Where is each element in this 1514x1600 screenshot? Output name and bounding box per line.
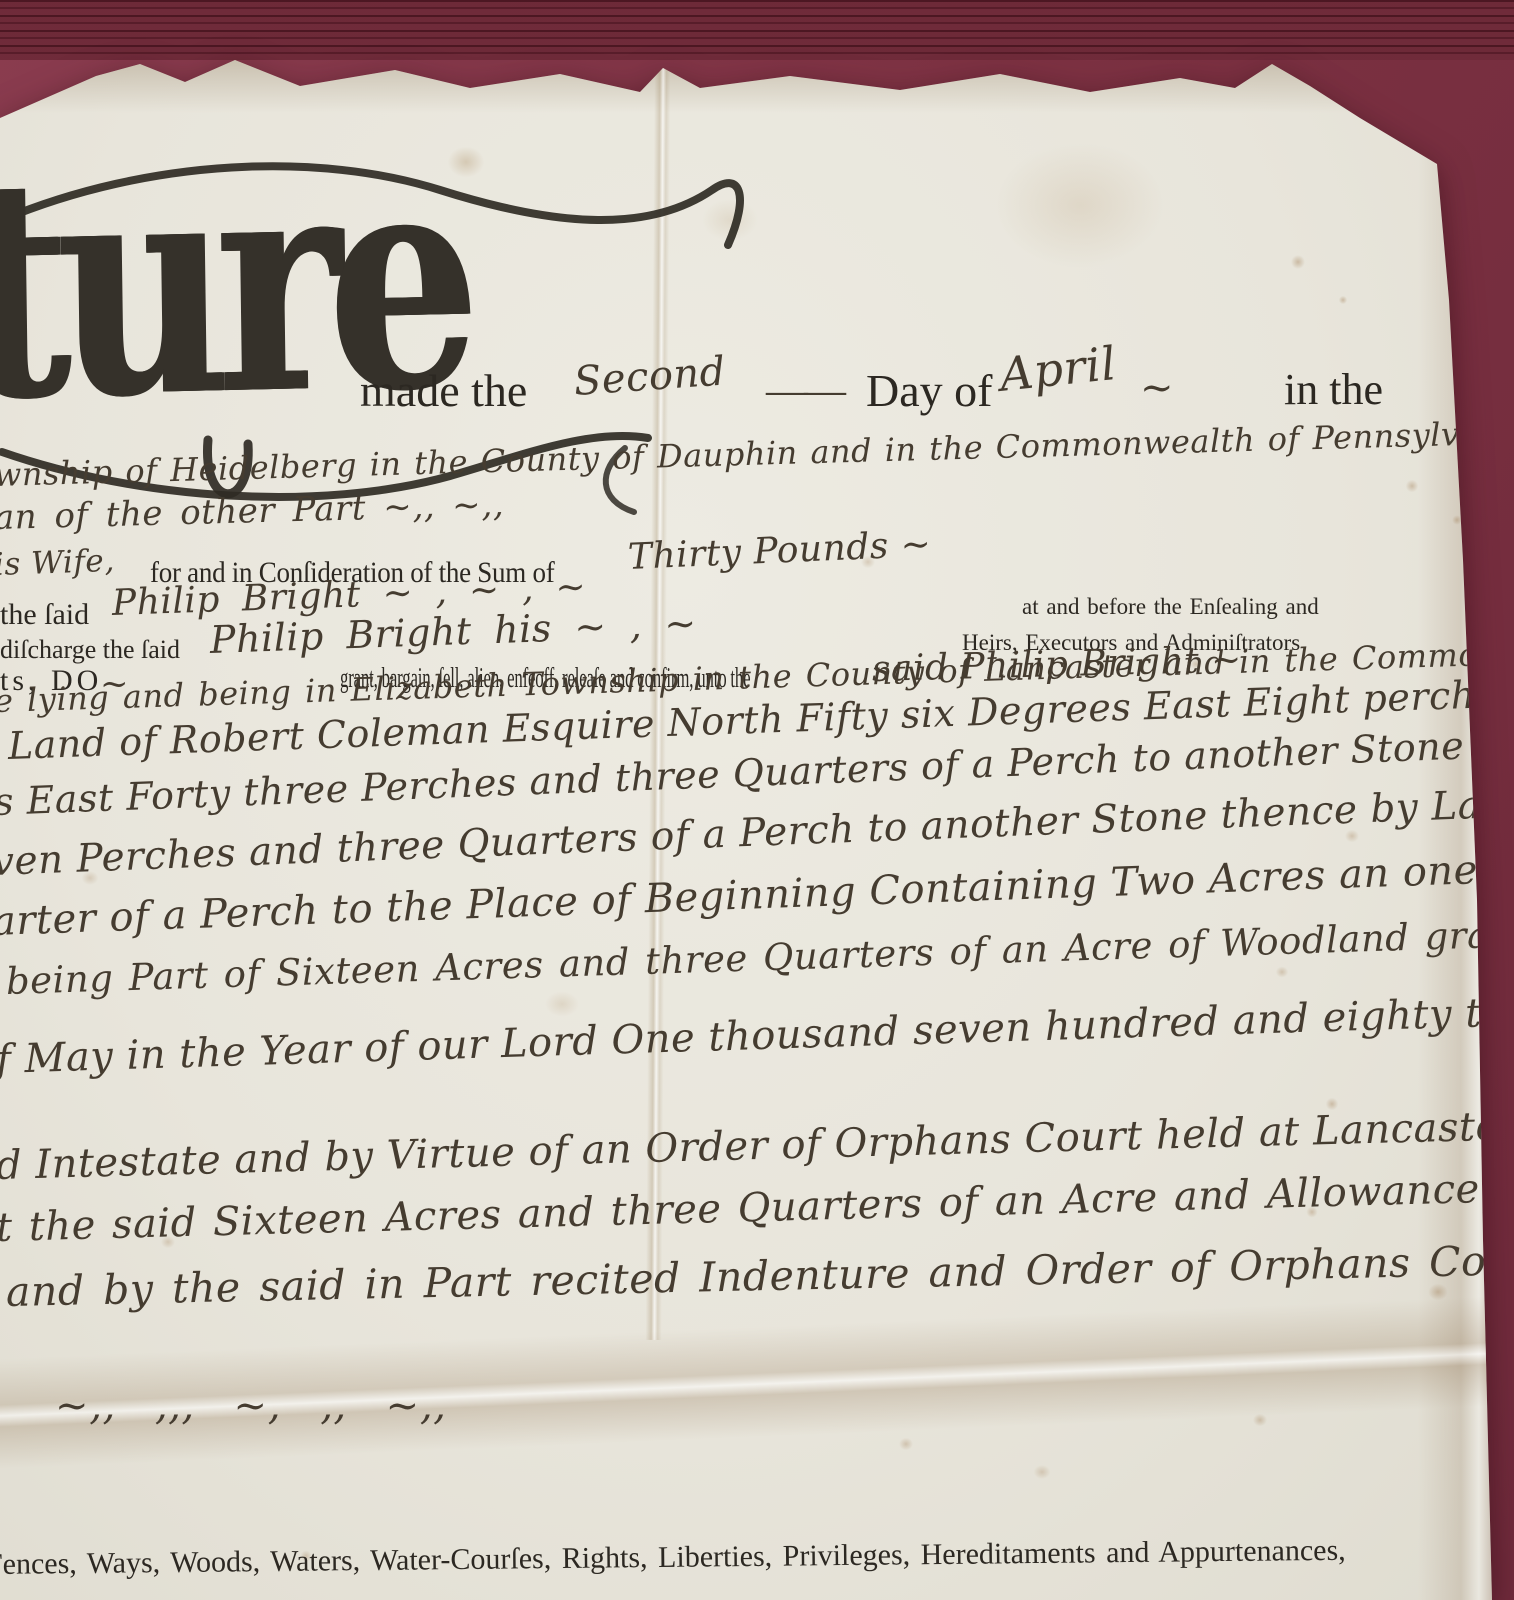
handwritten-month-april: April	[997, 338, 1118, 401]
printed-discharge-the-said: diſcharge the ſaid	[0, 636, 180, 665]
deed-paper: ture made the Second —— Day of April ~ i…	[0, 0, 1514, 1600]
handwritten-dash: ——	[766, 368, 842, 414]
script-flourish-row: ~‚‚ ‚‚‚ ~‚ ‚‚ ~‚‚	[55, 1384, 446, 1428]
printed-made-the: made the	[360, 366, 527, 417]
handwritten-day-second: Second	[572, 349, 727, 403]
deed-paper-wrapper: ture made the Second —— Day of April ~ i…	[0, 0, 1514, 1600]
printed-the-said: the ſaid	[0, 598, 89, 631]
flourish-after-april: ~	[1140, 366, 1174, 410]
script-his-wife: is Wife‚	[0, 544, 115, 582]
printed-day-of: Day of	[866, 366, 992, 417]
printed-ensealing: at and before the Enſealing and	[1022, 594, 1319, 619]
printed-in-the: in the	[1284, 366, 1383, 414]
